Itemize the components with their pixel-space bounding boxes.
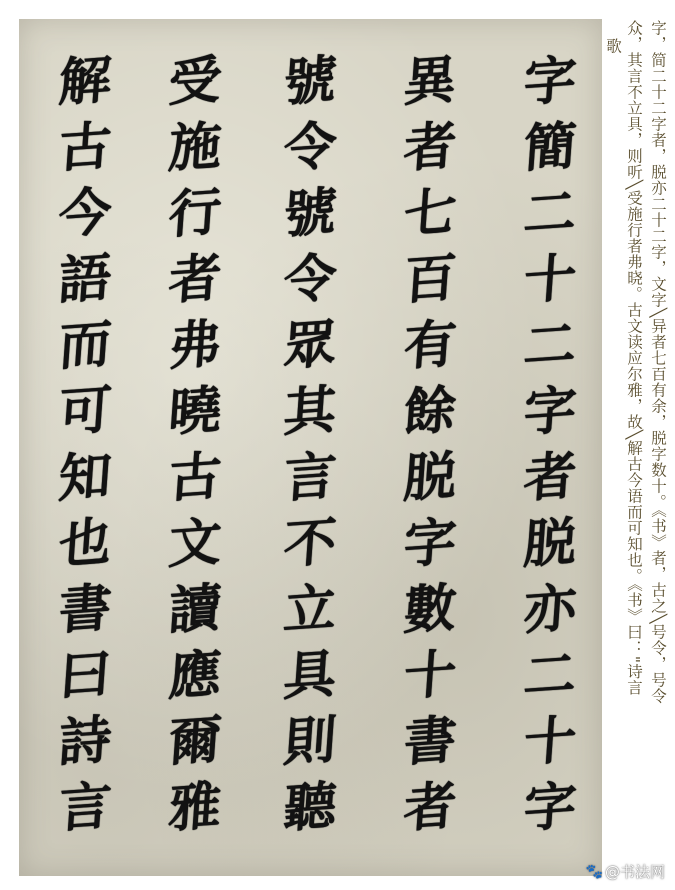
calligraphy-char: 解 [56, 47, 113, 116]
calligraphy-char: 餘 [401, 377, 458, 446]
calligraphy-column-3: 號 令 號 令 眾 其 言 不 立 具 則 聽 [284, 49, 336, 841]
calligraphy-char: 應 [166, 641, 223, 710]
calligraphy-char: 語 [56, 245, 113, 314]
calligraphy-char: 二 [521, 641, 578, 710]
calligraphy-char: 有 [401, 311, 458, 380]
calligraphy-char: 二 [521, 311, 578, 380]
calligraphy-char: 其 [281, 377, 338, 446]
calligraphy-char: 古 [56, 113, 113, 182]
calligraphy-char: 立 [281, 575, 338, 644]
annotation-column-2: 众，其言不立具，则听╲受施行者弗晓。古文读应尔雅，故╲解古今语而可知也。《书》曰… [625, 20, 642, 696]
calligraphy-char: 言 [281, 443, 338, 512]
calligraphy-char: 字 [521, 47, 578, 116]
annotation-column-1: 字，简二十二字者，脱亦二十二字，文字╲异者七百有余，脱字数十。《书》者，古之╲号… [649, 20, 666, 704]
calligraphy-column-1: 字 簡 二 十 二 字 者 脱 亦 二 十 字 [524, 49, 576, 841]
calligraphy-char: 文 [166, 509, 223, 578]
calligraphy-char: 百 [401, 245, 458, 314]
calligraphy-char: 而 [56, 311, 113, 380]
calligraphy-column-5: 解 古 今 語 而 可 知 也 書 曰 詩 言 [59, 49, 111, 841]
calligraphy-char: 曉 [166, 377, 223, 446]
calligraphy-char: 也 [56, 509, 113, 578]
calligraphy-char: 知 [56, 443, 113, 512]
calligraphy-char: 十 [521, 245, 578, 314]
calligraphy-char: 脱 [401, 443, 458, 512]
calligraphy-char: 言 [56, 773, 113, 842]
calligraphy-char: 令 [281, 113, 338, 182]
calligraphy-char: 則 [281, 707, 338, 776]
calligraphy-char: 雅 [166, 773, 223, 842]
calligraphy-char: 受 [166, 47, 223, 116]
calligraphy-char: 數 [401, 575, 458, 644]
calligraphy-char: 行 [166, 179, 223, 248]
calligraphy-char: 脱 [521, 509, 578, 578]
calligraphy-column-4: 受 施 行 者 弗 曉 古 文 讀 應 爾 雅 [169, 49, 221, 841]
calligraphy-char: 可 [56, 377, 113, 446]
calligraphy-char: 字 [401, 509, 458, 578]
calligraphy-char: 者 [401, 773, 458, 842]
calligraphy-char: 異 [401, 47, 458, 116]
calligraphy-char: 二 [521, 179, 578, 248]
calligraphy-char: 讀 [166, 575, 223, 644]
paw-icon: 🐾 [586, 864, 603, 880]
watermark: 🐾 @书法网 [586, 861, 665, 882]
calligraphy-char: 聽 [281, 773, 338, 842]
calligraphy-char: 今 [56, 179, 113, 248]
annotation-column-3: 歌 [604, 38, 621, 54]
calligraphy-char: 七 [401, 179, 458, 248]
calligraphy-char: 古 [166, 443, 223, 512]
calligraphy-char: 亦 [521, 575, 578, 644]
calligraphy-char: 眾 [281, 311, 338, 380]
calligraphy-char: 字 [521, 377, 578, 446]
calligraphy-char: 簡 [521, 113, 578, 182]
calligraphy-char: 者 [166, 245, 223, 314]
calligraphy-paper: 字 簡 二 十 二 字 者 脱 亦 二 十 字 異 者 七 百 有 餘 脱 字 … [19, 19, 602, 876]
calligraphy-char: 爾 [166, 707, 223, 776]
calligraphy-char: 者 [401, 113, 458, 182]
calligraphy-char: 書 [56, 575, 113, 644]
calligraphy-char: 具 [281, 641, 338, 710]
calligraphy-char: 號 [281, 179, 338, 248]
calligraphy-char: 者 [521, 443, 578, 512]
calligraphy-char: 曰 [56, 641, 113, 710]
calligraphy-char: 字 [521, 773, 578, 842]
calligraphy-char: 詩 [56, 707, 113, 776]
calligraphy-char: 十 [521, 707, 578, 776]
calligraphy-char: 號 [281, 47, 338, 116]
calligraphy-char: 書 [401, 707, 458, 776]
calligraphy-char: 施 [166, 113, 223, 182]
calligraphy-column-2: 異 者 七 百 有 餘 脱 字 數 十 書 者 [404, 49, 456, 841]
watermark-text: @书法网 [605, 861, 665, 882]
calligraphy-char: 不 [281, 509, 338, 578]
calligraphy-char: 令 [281, 245, 338, 314]
calligraphy-char: 弗 [166, 311, 223, 380]
calligraphy-char: 十 [401, 641, 458, 710]
